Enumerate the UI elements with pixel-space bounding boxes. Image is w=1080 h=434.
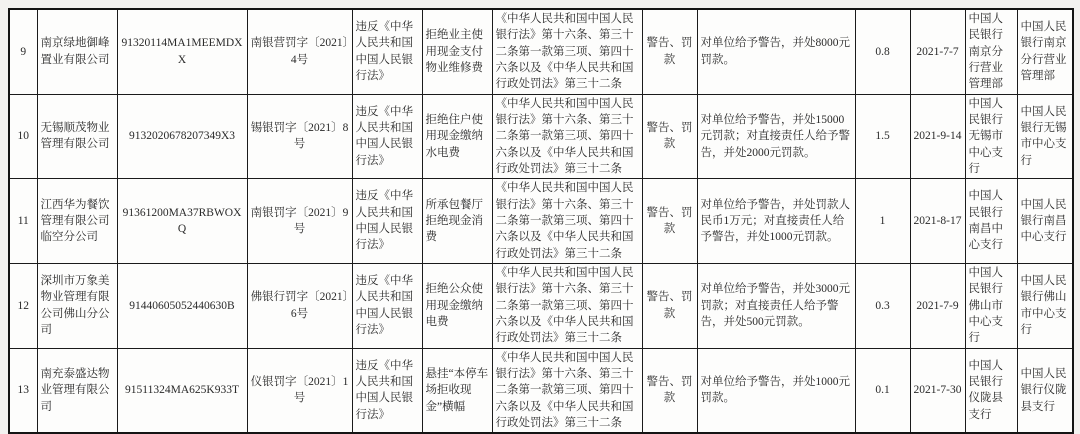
penalty-type-cell: 警告、罚款 — [642, 348, 697, 433]
decision-authority-cell: 中国人民银行仪陇县支行 — [965, 348, 1017, 433]
legal-basis-cell: 《中华人民共和国中国人民银行法》第十六条、第三十二条第一款第三项、第四十六条以及… — [492, 348, 642, 433]
penalty-doc-no-cell: 南银营罚字〔2021〕4号 — [247, 9, 352, 94]
violated-law-cell: 违反《中华人民共和国中国人民银行法》 — [352, 348, 422, 433]
table-row: 11江西华为餐饮管理有限公司临空分公司91361200MA37RBWOXQ南银罚… — [9, 179, 1073, 264]
decision-authority-cell: 中国人民银行南京分行营业管理部 — [965, 9, 1017, 94]
penalty-decision-cell: 对单位给予警告，并处15000元罚款；对直接责任人给予警告，并处2000元罚款。 — [697, 94, 855, 179]
penalty-decision-cell: 对单位给予警告，并处3000元罚款；对直接责任人给予警告，并处500元罚款。 — [697, 263, 855, 348]
credit-code-cell: 91361200MA37RBWOXQ — [117, 179, 247, 264]
penalty-decision-cell: 对单位给予警告，并处1000元罚款。 — [697, 348, 855, 433]
company-name-cell: 南充泰盛达物业管理有限公司 — [37, 348, 117, 433]
credit-code-cell: 91320114MA1MEEMDXX — [117, 9, 247, 94]
violated-law-cell: 违反《中华人民共和国中国人民银行法》 — [352, 94, 422, 179]
decision-date-cell: 2021-9-14 — [910, 94, 965, 179]
penalty-decision-cell: 对单位给予警告，并处罚款人民币1万元；对直接责任人给予警告，并处1000元罚款。 — [697, 179, 855, 264]
penalty-announcement-table: 9南京绿地御峰置业有限公司91320114MA1MEEMDXX南银营罚字〔202… — [8, 8, 1074, 434]
penalty-doc-no-cell: 仪银罚字〔2021〕1号 — [247, 348, 352, 433]
penalty-type-cell: 警告、罚款 — [642, 94, 697, 179]
violation-behavior-cell: 悬挂“本停车场拒收现金”横幅 — [422, 348, 492, 433]
publish-authority-cell: 中国人民银行无锡市中心支行 — [1017, 94, 1073, 179]
legal-basis-cell: 《中华人民共和国中国人民银行法》第十六条、第三十二条第一款第三项、第四十六条以及… — [492, 179, 642, 264]
decision-authority-cell: 中国人民银行无锡市中心支行 — [965, 94, 1017, 179]
row-number-cell: 10 — [9, 94, 37, 179]
decision-authority-cell: 中国人民银行南昌中心支行 — [965, 179, 1017, 264]
company-name-cell: 深圳市万象美物业管理有限公司佛山分公司 — [37, 263, 117, 348]
penalty-doc-no-cell: 佛银行罚字〔2021〕6号 — [247, 263, 352, 348]
row-number-cell: 13 — [9, 348, 37, 433]
penalty-type-cell: 警告、罚款 — [642, 179, 697, 264]
penalty-amount-cell: 1.5 — [855, 94, 910, 179]
penalty-type-cell: 警告、罚款 — [642, 9, 697, 94]
penalty-amount-cell: 0.3 — [855, 263, 910, 348]
violation-behavior-cell: 所承包餐厅拒绝现金消费 — [422, 179, 492, 264]
violation-behavior-cell: 拒绝业主使用现金支付物业维修费 — [422, 9, 492, 94]
legal-basis-cell: 《中华人民共和国中国人民银行法》第十六条、第三十二条第一款第三项、第四十六条以及… — [492, 263, 642, 348]
penalty-doc-no-cell: 南银罚字〔2021〕9号 — [247, 179, 352, 264]
table-row: 9南京绿地御峰置业有限公司91320114MA1MEEMDXX南银营罚字〔202… — [9, 9, 1073, 94]
legal-basis-cell: 《中华人民共和国中国人民银行法》第十六条、第三十二条第一款第三项、第四十六条以及… — [492, 9, 642, 94]
publish-authority-cell: 中国人民银行南昌中心支行 — [1017, 179, 1073, 264]
violated-law-cell: 违反《中华人民共和国中国人民银行法》 — [352, 179, 422, 264]
decision-date-cell: 2021-8-17 — [910, 179, 965, 264]
publish-authority-cell: 中国人民银行南京分行营业管理部 — [1017, 9, 1073, 94]
decision-date-cell: 2021-7-9 — [910, 263, 965, 348]
violated-law-cell: 违反《中华人民共和国中国人民银行法》 — [352, 263, 422, 348]
table-row: 12深圳市万象美物业管理有限公司佛山分公司91440605052440630B佛… — [9, 263, 1073, 348]
row-number-cell: 12 — [9, 263, 37, 348]
table-body: 9南京绿地御峰置业有限公司91320114MA1MEEMDXX南银营罚字〔202… — [9, 9, 1073, 433]
publish-authority-cell: 中国人民银行佛山市中心支行 — [1017, 263, 1073, 348]
credit-code-cell: 91511324MA625K933T — [117, 348, 247, 433]
company-name-cell: 南京绿地御峰置业有限公司 — [37, 9, 117, 94]
row-number-cell: 9 — [9, 9, 37, 94]
table-row: 10无锡顺茂物业管理有限公司9132020678207349X3锡银罚字〔202… — [9, 94, 1073, 179]
publish-authority-cell: 中国人民银行仪陇县支行 — [1017, 348, 1073, 433]
penalty-amount-cell: 0.1 — [855, 348, 910, 433]
legal-basis-cell: 《中华人民共和国中国人民银行法》第十六条、第三十二条第一款第三项、第四十六条以及… — [492, 94, 642, 179]
decision-date-cell: 2021-7-30 — [910, 348, 965, 433]
penalty-doc-no-cell: 锡银罚字〔2021〕8号 — [247, 94, 352, 179]
violated-law-cell: 违反《中华人民共和国中国人民银行法》 — [352, 9, 422, 94]
penalty-type-cell: 警告、罚款 — [642, 263, 697, 348]
violation-behavior-cell: 拒绝公众使用现金缴纳电费 — [422, 263, 492, 348]
penalty-amount-cell: 0.8 — [855, 9, 910, 94]
decision-date-cell: 2021-7-7 — [910, 9, 965, 94]
violation-behavior-cell: 拒绝住户使用现金缴纳水电费 — [422, 94, 492, 179]
company-name-cell: 无锡顺茂物业管理有限公司 — [37, 94, 117, 179]
credit-code-cell: 9132020678207349X3 — [117, 94, 247, 179]
penalty-decision-cell: 对单位给予警告，并处8000元罚款。 — [697, 9, 855, 94]
penalty-amount-cell: 1 — [855, 179, 910, 264]
table-row: 13南充泰盛达物业管理有限公司91511324MA625K933T仪银罚字〔20… — [9, 348, 1073, 433]
credit-code-cell: 91440605052440630B — [117, 263, 247, 348]
company-name-cell: 江西华为餐饮管理有限公司临空分公司 — [37, 179, 117, 264]
row-number-cell: 11 — [9, 179, 37, 264]
decision-authority-cell: 中国人民银行佛山市中心支行 — [965, 263, 1017, 348]
